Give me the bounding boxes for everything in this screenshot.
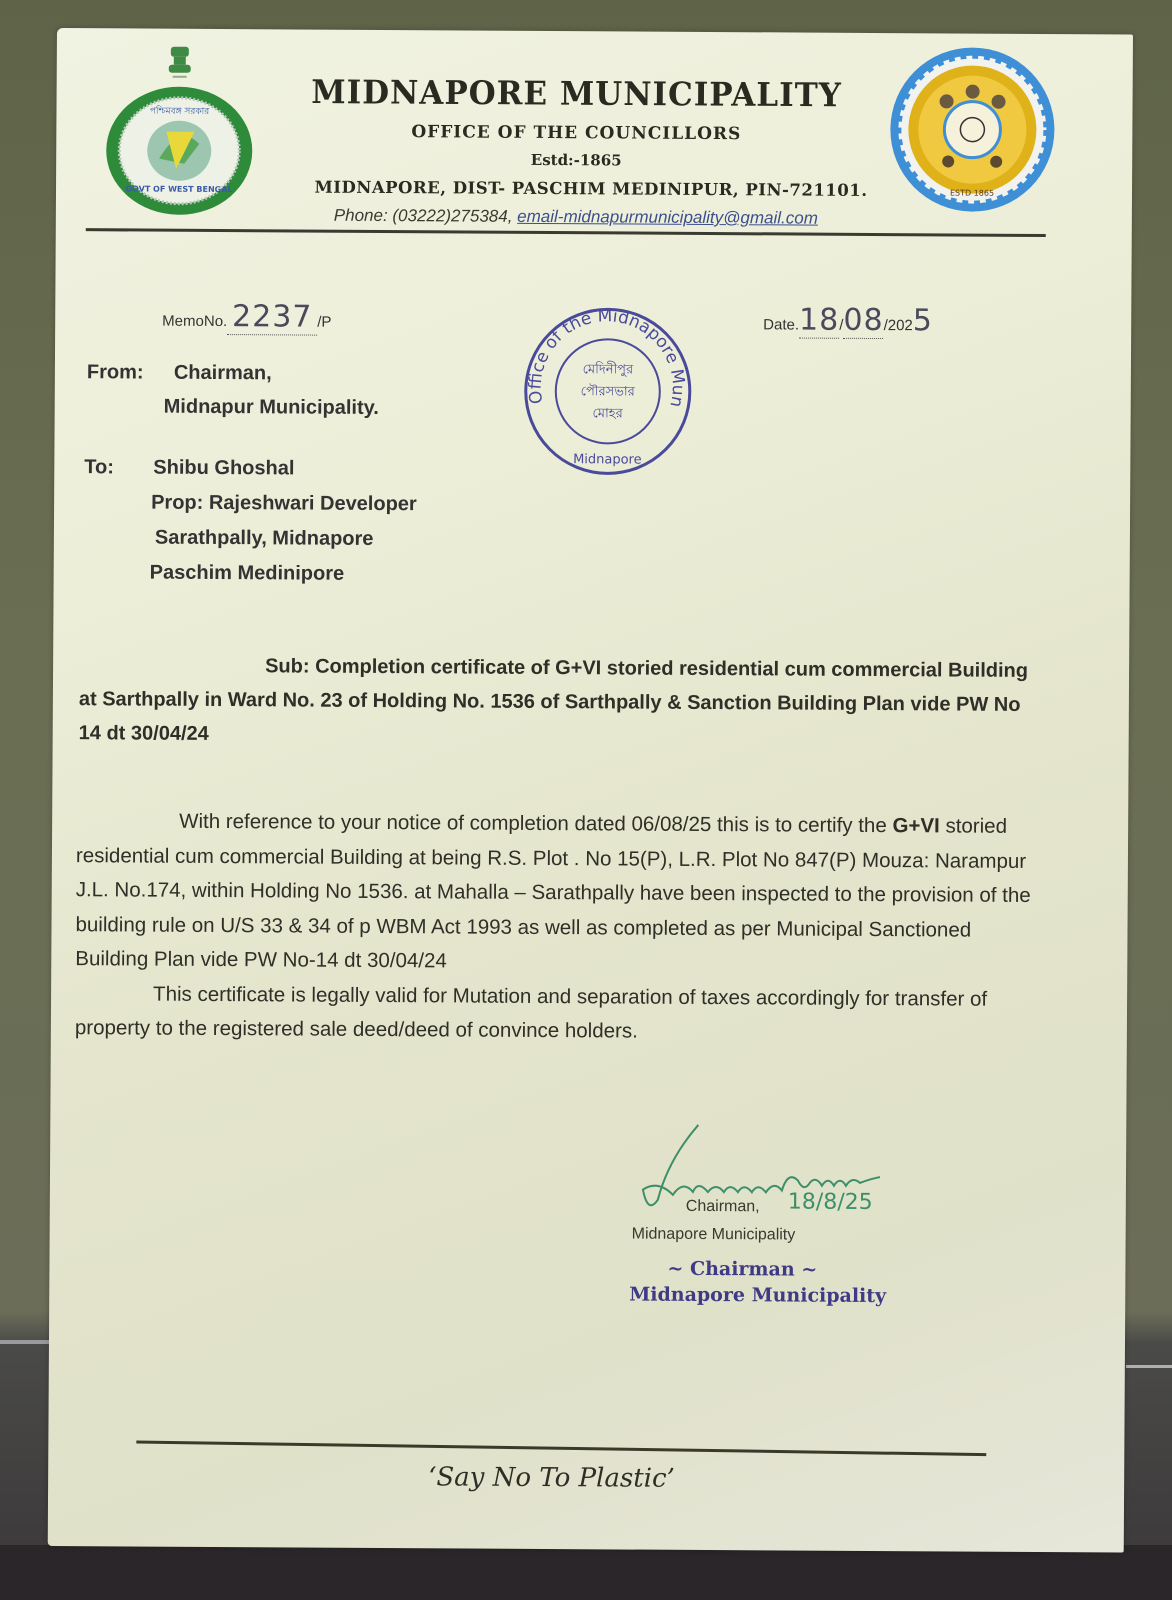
contact-line: Phone: (03222)275384, email-midnapurmuni… — [256, 205, 896, 229]
signatory-organization: Midnapore Municipality — [632, 1226, 796, 1245]
date-year-suffix: 5 — [913, 303, 933, 338]
certificate-document: পশ্চিমবঙ্গ সরকার GOVT OF WEST BENGAL MID… — [48, 28, 1133, 1553]
date-day: 18 — [799, 303, 839, 338]
body-paragraph-2: This certificate is legally valid for Mu… — [75, 977, 1035, 1052]
body-paragraph-1: With reference to your notice of complet… — [75, 804, 1036, 982]
memo-number: MemoNo.2237/P — [162, 299, 331, 336]
office-subtitle: OFFICE OF THE COUNCILLORS — [256, 121, 896, 145]
svg-text:GOVT OF WEST BENGAL: GOVT OF WEST BENGAL — [125, 184, 232, 194]
from-line: Chairman, — [174, 362, 272, 386]
recipient-line: Sarathpally, Midnapore — [155, 527, 374, 551]
from-line: Midnapur Municipality. — [164, 396, 379, 420]
date-month: 08 — [843, 303, 883, 338]
chairman-signature: 18/8/25 — [638, 1120, 919, 1212]
memo-number-value: 2237 — [232, 299, 313, 334]
recipient-line: Paschim Medinipore — [150, 562, 345, 586]
svg-text:18/8/25: 18/8/25 — [788, 1189, 873, 1211]
municipality-seal-icon: ESTD 1865 — [888, 45, 1057, 214]
date-year-prefix: /202 — [884, 317, 913, 334]
recipient-line: Prop: Rajeshwari Developer — [151, 492, 417, 517]
memo-suffix: /P — [317, 314, 331, 331]
designation-stamp: ~ Chairman ~ — [667, 1258, 817, 1281]
from-label: From: — [87, 361, 144, 384]
footer-divider — [136, 1441, 986, 1457]
to-label: To: — [84, 456, 114, 479]
subject-label: Sub: — [265, 655, 310, 677]
svg-text:মেদিনীপুর: মেদিনীপুর — [583, 361, 634, 377]
svg-text:ESTD 1865: ESTD 1865 — [950, 188, 994, 197]
svg-text:পশ্চিমবঙ্গ সরকার: পশ্চিমবঙ্গ সরকার — [150, 106, 211, 117]
footer-slogan: ‘Say No To Plastic’ — [428, 1462, 675, 1494]
issue-date: Date.18/08/2025 — [763, 302, 933, 339]
national-emblem-icon — [165, 45, 195, 81]
date-label: Date. — [763, 316, 799, 333]
established-year: Estd:-1865 — [256, 149, 896, 171]
email-link[interactable]: email-midnapurmunicipality@gmail.com — [517, 207, 818, 228]
phone-number: Phone: (03222)275384, — [334, 206, 513, 226]
office-rubber-stamp: Office of the Midnapore Municipality মেদ… — [520, 303, 696, 479]
memo-label: MemoNo. — [162, 313, 227, 330]
subject-text: Completion certificate of G+VI storied r… — [79, 656, 1028, 745]
office-address: MIDNAPORE, DIST- PASCHIM MEDINIPUR, PIN-… — [251, 177, 931, 200]
certificate-body: With reference to your notice of complet… — [75, 804, 1036, 1051]
municipality-title: MIDNAPORE MUNICIPALITY — [256, 73, 896, 115]
svg-text:Midnapore: Midnapore — [573, 452, 642, 467]
svg-text:পৌরসভার: পৌরসভার — [581, 383, 636, 399]
recipient-line: Shibu Ghoshal — [153, 457, 294, 481]
subject-line: Sub: Completion certificate of G+VI stor… — [79, 648, 1030, 756]
signatory-designation: Chairman, — [686, 1198, 760, 1216]
desk-edge-right — [1126, 1365, 1172, 1368]
organization-stamp: Midnapore Municipality — [629, 1284, 886, 1308]
svg-text:মোহর: মোহর — [592, 406, 623, 421]
desk-surface — [0, 1545, 1172, 1600]
header-divider — [86, 228, 1046, 237]
west-bengal-seal-icon: পশ্চিমবঙ্গ সরকার GOVT OF WEST BENGAL — [104, 83, 255, 219]
